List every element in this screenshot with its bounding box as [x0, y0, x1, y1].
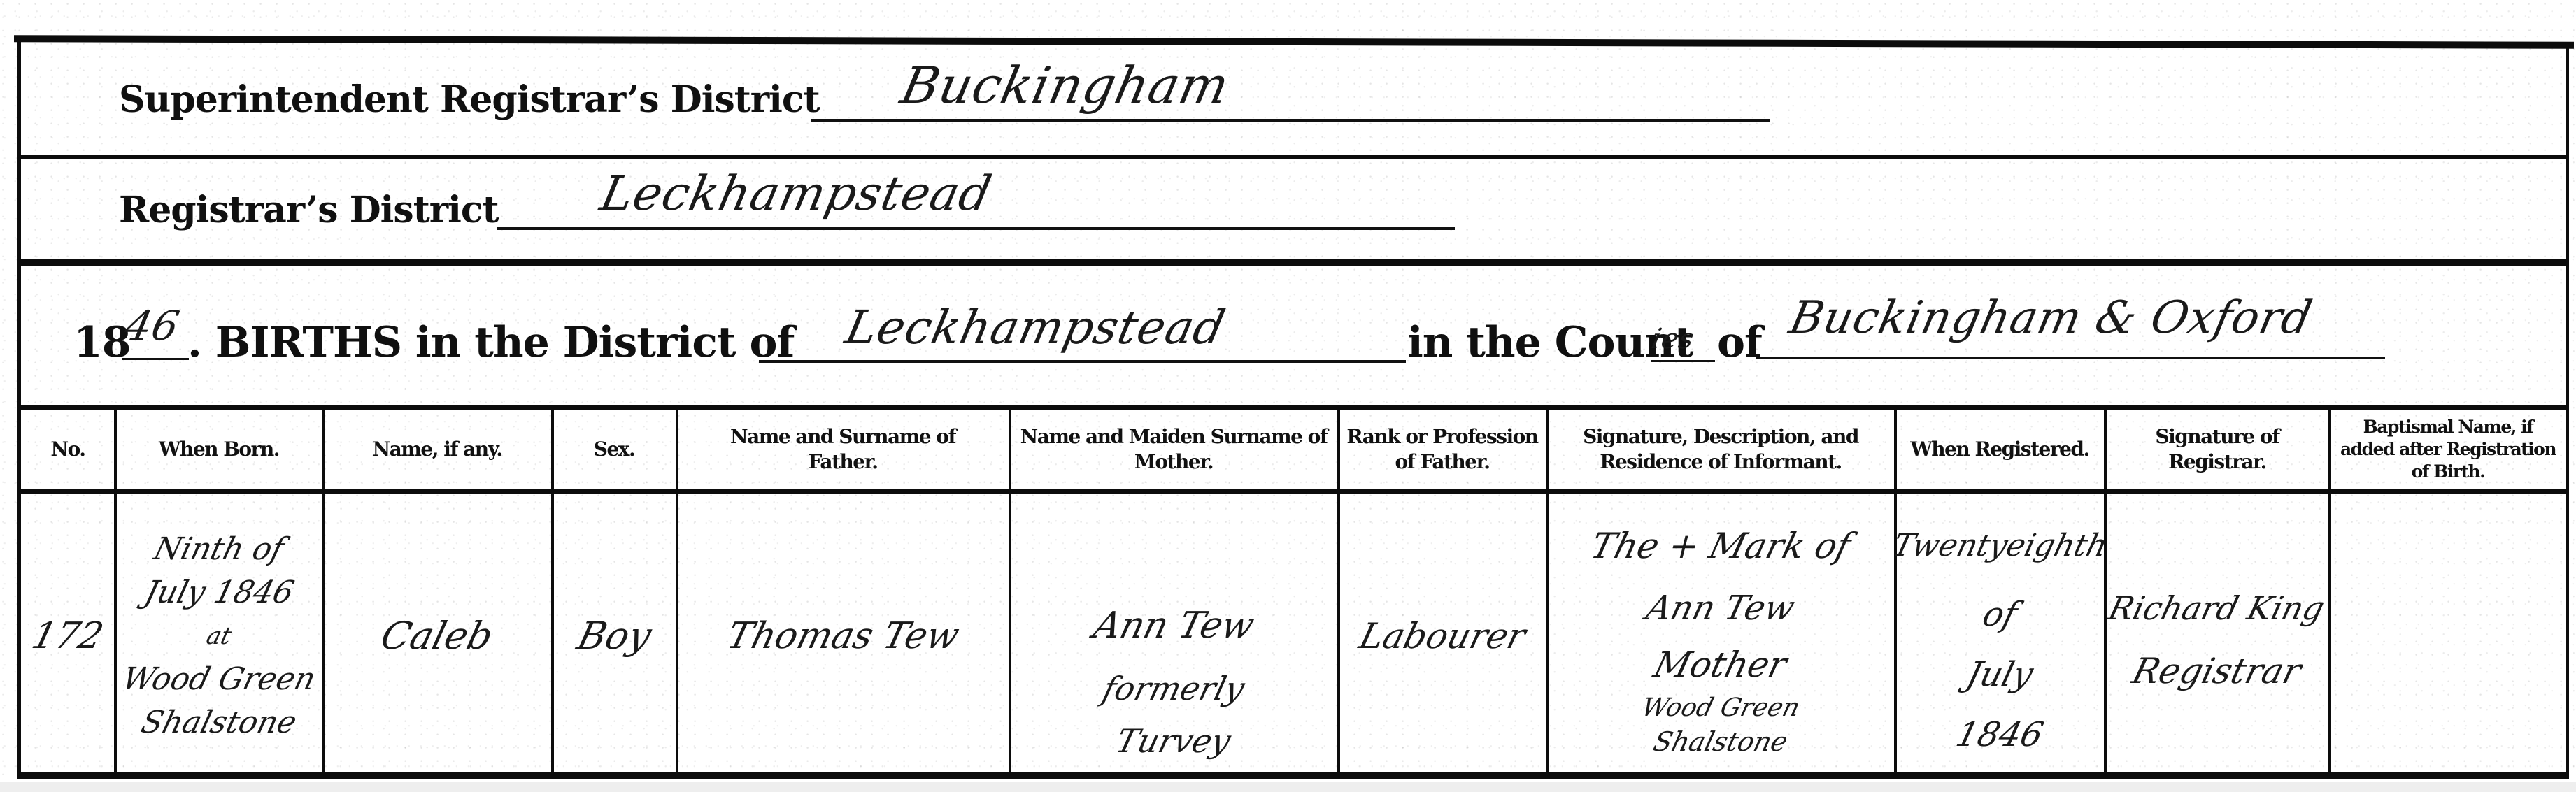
- when-registered-line: of: [1976, 584, 2023, 645]
- when-born-line: at: [201, 614, 236, 658]
- cell-registrar-signature: Richard King Registrar: [2107, 500, 2326, 772]
- right-border: [2566, 42, 2569, 779]
- informant-line: Wood Green: [1638, 691, 1803, 725]
- when-registered-line: July: [1960, 645, 2040, 705]
- registrar-value: Leckhampstead: [596, 166, 997, 222]
- cell-father: Thomas Tew: [678, 500, 1007, 772]
- cell-when-born: Ninth of July 1846 at Wood Green Shalsto…: [117, 500, 321, 772]
- informant-line: The + Mark of: [1584, 514, 1857, 578]
- col-header-when-registered: When Registered.: [1897, 412, 2102, 486]
- mother-name-line: Turvey: [1111, 717, 1237, 765]
- col-header-informant: Signature, Description, and Residence of…: [1560, 412, 1881, 486]
- registrar-label: Registrar’s District: [119, 189, 499, 231]
- col-header-no: No.: [22, 412, 113, 486]
- table-header-bottom-line: [21, 489, 2567, 494]
- col-header-registrar-signature: Signature of Registrar.: [2140, 412, 2294, 486]
- mother-name-line: formerly: [1097, 661, 1251, 717]
- col-header-father: Name and Surname of Father.: [699, 412, 986, 486]
- superintendent-fill-line: [811, 119, 1770, 122]
- top-border: [14, 35, 2574, 49]
- table-top-line: [21, 405, 2567, 410]
- when-born-line: July 1846: [140, 571, 298, 614]
- cell-informant: The + Mark of Ann Tew Mother Wood Green …: [1549, 500, 1893, 772]
- col-header-name: Name, if any.: [325, 412, 550, 486]
- cell-name: Caleb: [325, 500, 550, 772]
- col-header-baptismal-name: Baptismal Name, if added after Registrat…: [2340, 412, 2556, 486]
- cell-sex: Boy: [554, 500, 674, 772]
- viewer-bottom-edge: [0, 782, 2576, 792]
- county-of-label: of: [1717, 318, 1762, 367]
- births-label: . BIRTHS in the District of: [187, 318, 794, 367]
- registrar-signature-line: Registrar: [2126, 643, 2307, 699]
- year-fill-line: [122, 358, 189, 360]
- cell-rank: Labourer: [1340, 500, 1544, 772]
- county-suffix: ies: [1649, 323, 1698, 355]
- when-registered-line: Twentyeighth: [1884, 507, 2116, 584]
- cell-when-registered: Twentyeighth of July 1846: [1897, 500, 2102, 772]
- county-fill-line: [1756, 357, 2385, 359]
- col-header-when-born: When Born.: [117, 412, 321, 486]
- divider-2: [21, 259, 2567, 266]
- cell-mother: Ann Tew formerly Turvey: [1011, 500, 1336, 772]
- informant-line: Mother: [1649, 638, 1793, 691]
- registrar-fill-line: [497, 227, 1455, 230]
- when-born-line: Ninth of: [149, 528, 288, 571]
- divider-1: [21, 155, 2567, 159]
- child-name: Caleb: [377, 614, 498, 658]
- entry-number: 172: [28, 614, 108, 658]
- col-header-sex: Sex.: [554, 412, 674, 486]
- cell-baptismal-name: [2331, 500, 2564, 772]
- registrar-signature-line: Richard King: [2100, 573, 2332, 643]
- county-value: Buckingham & Oxford: [1785, 292, 2317, 344]
- district-value: Leckhampstead: [841, 301, 1230, 354]
- col-header-mother: Name and Maiden Surname of Mother.: [1011, 412, 1336, 486]
- left-border: [17, 42, 21, 779]
- informant-line: Shalstone: [1650, 725, 1791, 758]
- mother-name-line: Ann Tew: [1086, 591, 1262, 661]
- county-suffix-fill-line: [1651, 360, 1715, 362]
- cell-no: 172: [22, 500, 113, 772]
- informant-line: Ann Tew: [1640, 578, 1802, 638]
- father-rank: Labourer: [1355, 614, 1530, 658]
- child-sex: Boy: [573, 614, 655, 658]
- col-header-rank: Rank or Profession of Father.: [1340, 412, 1544, 486]
- when-born-line: Shalstone: [136, 701, 301, 744]
- when-born-line: Wood Green: [118, 658, 320, 701]
- when-registered-line: 1846: [1949, 705, 2050, 765]
- superintendent-value: Buckingham: [896, 56, 1234, 115]
- father-name: Thomas Tew: [723, 614, 963, 658]
- table-bottom-line: [21, 772, 2567, 779]
- year-suffix: 46: [121, 302, 184, 350]
- superintendent-label: Superintendent Registrar’s District: [119, 78, 820, 121]
- district-fill-line: [759, 360, 1406, 363]
